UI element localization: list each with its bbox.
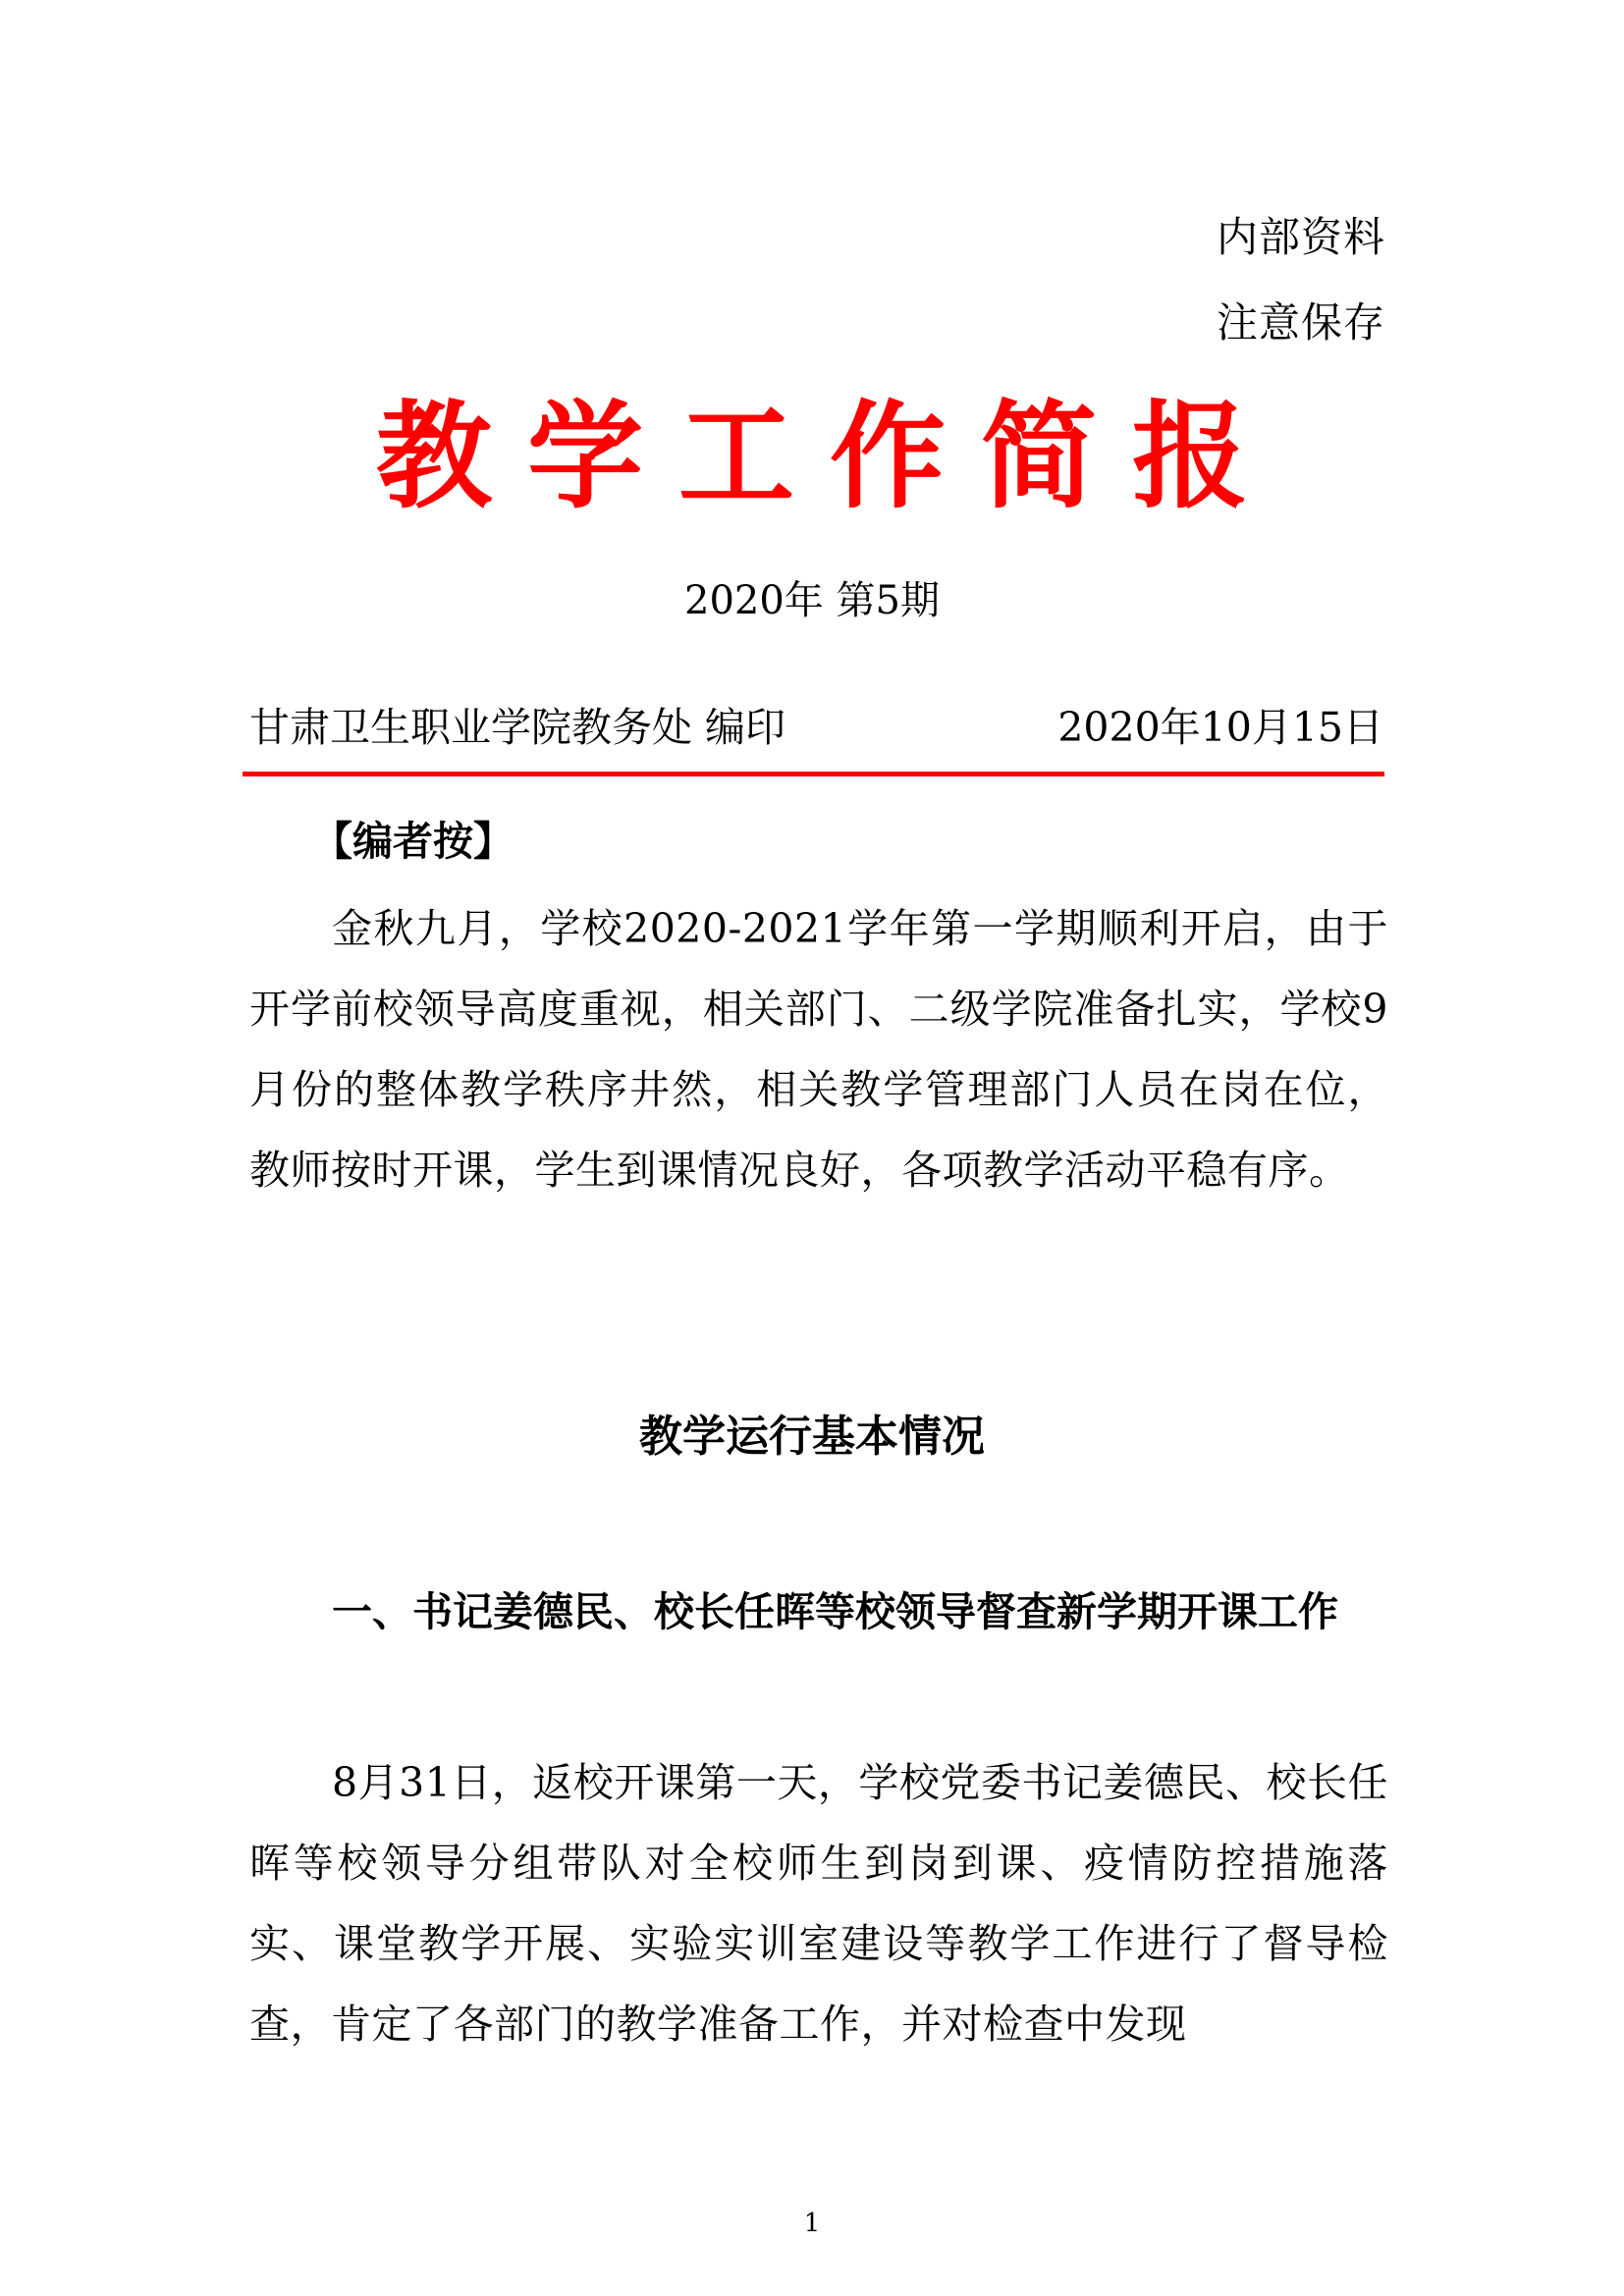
subsection-paragraph: 8月31日，返校开课第一天，学校党委书记姜德民、校长任晖等校领导分组带队对全校师… bbox=[249, 1742, 1388, 2064]
editor-note-label: 【编者按】 bbox=[312, 817, 514, 866]
masthead-title: 教学工作简报 bbox=[0, 393, 1624, 520]
issue-number: 2020年 第5期 bbox=[0, 577, 1624, 624]
red-divider-rule bbox=[243, 772, 1384, 776]
editor-note-paragraph: 金秋九月，学校2020-2021学年第一学期顺利开启，由于开学前校领导高度重视，… bbox=[249, 888, 1388, 1210]
classification-keep: 注意保存 bbox=[1217, 299, 1385, 347]
classification-internal: 内部资料 bbox=[1217, 214, 1385, 261]
section-title: 教学运行基本情况 bbox=[0, 1412, 1624, 1463]
page-number: 1 bbox=[0, 2209, 1624, 2238]
publish-date: 2020年10月15日 bbox=[1057, 703, 1383, 752]
subsection-heading: 一、书记姜德民、校长任晖等校领导督查新学期开课工作 bbox=[249, 1571, 1388, 1653]
publisher: 甘肃卫生职业学院教务处 编印 bbox=[249, 703, 785, 752]
